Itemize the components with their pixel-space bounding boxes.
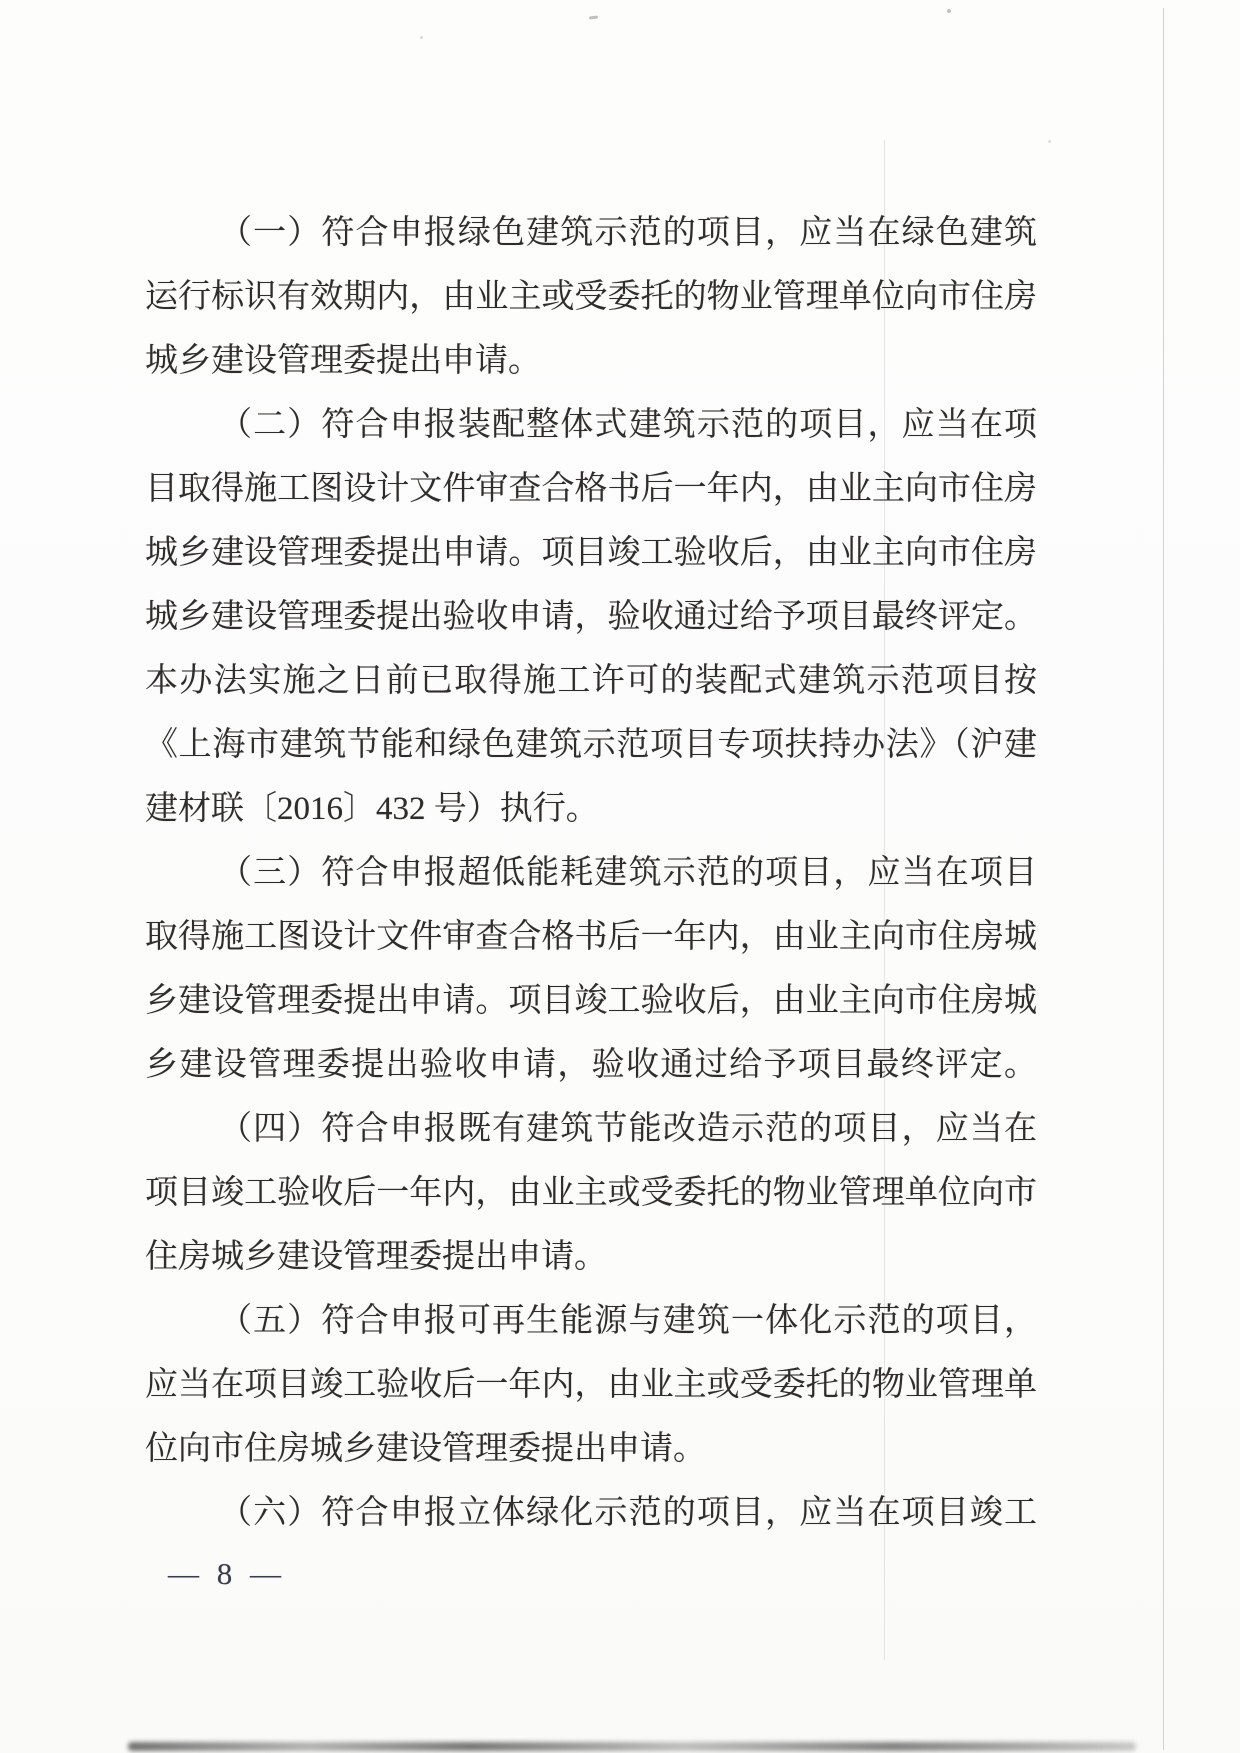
- text-line: 项目竣工验收后一年内，由业主或受委托的物业管理单位向市: [145, 1161, 1037, 1225]
- text-line: 城乡建设管理委提出申请。: [145, 329, 1037, 393]
- text-line: 位向市住房城乡建设管理委提出申请。: [145, 1417, 1037, 1481]
- scan-speck: [947, 9, 951, 13]
- page-number: — 8 —: [168, 1556, 286, 1592]
- paragraph-item-3: （三）符合申报超低能耗建筑示范的项目，应当在项目取得施工图设计文件审查合格书后一…: [145, 841, 1037, 1097]
- text-line: 建材联〔2016〕432 号）执行。: [145, 777, 1037, 841]
- scan-speck: [589, 15, 598, 19]
- text-line: 应当在项目竣工验收后一年内，由业主或受委托的物业管理单: [145, 1353, 1037, 1417]
- text-line: （一）符合申报绿色建筑示范的项目，应当在绿色建筑: [145, 201, 1037, 265]
- text-line: 住房城乡建设管理委提出申请。: [145, 1225, 1037, 1289]
- scan-speck: [420, 36, 423, 39]
- text-line: （二）符合申报装配整体式建筑示范的项目，应当在项: [145, 393, 1037, 457]
- text-line: 取得施工图设计文件审查合格书后一年内，由业主向市住房城: [145, 905, 1037, 969]
- text-line: 乡建设管理委提出验收申请，验收通过给予项目最终评定。: [145, 1033, 1037, 1097]
- paragraph-item-6: （六）符合申报立体绿化示范的项目，应当在项目竣工: [145, 1481, 1037, 1545]
- scan-artifact-vertical-line-right: [1163, 8, 1164, 1750]
- paragraph-item-4: （四）符合申报既有建筑节能改造示范的项目，应当在项目竣工验收后一年内，由业主或受…: [145, 1097, 1037, 1289]
- paragraph-item-5: （五）符合申报可再生能源与建筑一体化示范的项目，应当在项目竣工验收后一年内，由业…: [145, 1289, 1037, 1481]
- text-line: 目取得施工图设计文件审查合格书后一年内，由业主向市住房: [145, 457, 1037, 521]
- document-body-text: （一）符合申报绿色建筑示范的项目，应当在绿色建筑运行标识有效期内，由业主或受委托…: [145, 201, 1037, 1545]
- text-line: （四）符合申报既有建筑节能改造示范的项目，应当在: [145, 1097, 1037, 1161]
- scan-artifact-bottom-edge: [128, 1742, 1136, 1751]
- text-line: 《上海市建筑节能和绿色建筑示范项目专项扶持办法》（沪建: [145, 713, 1037, 777]
- text-line: （三）符合申报超低能耗建筑示范的项目，应当在项目: [145, 841, 1037, 905]
- scan-speck: [1048, 140, 1051, 143]
- text-line: 乡建设管理委提出申请。项目竣工验收后，由业主向市住房城: [145, 969, 1037, 1033]
- scanned-document-page: （一）符合申报绿色建筑示范的项目，应当在绿色建筑运行标识有效期内，由业主或受委托…: [0, 0, 1240, 1753]
- text-line: 城乡建设管理委提出申请。项目竣工验收后，由业主向市住房: [145, 521, 1037, 585]
- paragraph-item-2: （二）符合申报装配整体式建筑示范的项目，应当在项目取得施工图设计文件审查合格书后…: [145, 393, 1037, 841]
- text-line: 运行标识有效期内，由业主或受委托的物业管理单位向市住房: [145, 265, 1037, 329]
- text-line: 本办法实施之日前已取得施工许可的装配式建筑示范项目按: [145, 649, 1037, 713]
- text-line: （六）符合申报立体绿化示范的项目，应当在项目竣工: [145, 1481, 1037, 1545]
- text-line: （五）符合申报可再生能源与建筑一体化示范的项目，: [145, 1289, 1037, 1353]
- paragraph-item-1: （一）符合申报绿色建筑示范的项目，应当在绿色建筑运行标识有效期内，由业主或受委托…: [145, 201, 1037, 393]
- text-line: 城乡建设管理委提出验收申请，验收通过给予项目最终评定。: [145, 585, 1037, 649]
